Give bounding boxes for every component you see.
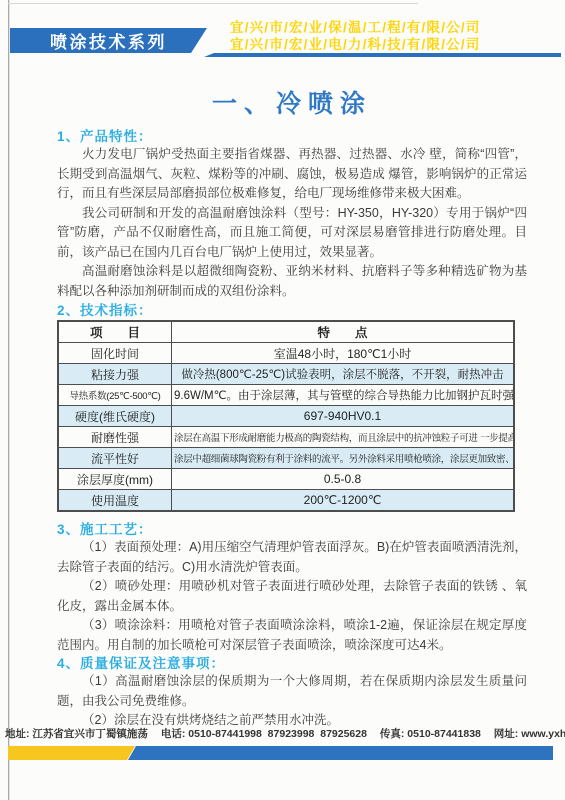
- footer-bar-yellow: [8, 746, 135, 760]
- spec-feature: 做冷热(800℃-25℃)试验表明，涂层不脱落，不开裂，耐热冲击: [172, 364, 515, 385]
- process-step-2: （2）喷砂处理：用喷砂机对管子表面进行喷砂处理，去除管子表面的铁锈 、氧化皮，露…: [57, 577, 527, 616]
- spec-feature: 室温48小时，180℃1小时: [172, 343, 515, 364]
- specs-table-row: 流平性好 涂层中超细菌球陶瓷粉有利于涂料的流平。另外涂料采用喷枪喷涂，涂层更加致…: [58, 448, 514, 469]
- contact-phone-value: 0510-87441998 87923998 87925628: [188, 728, 367, 740]
- contact-address-label: 地址:: [5, 728, 30, 740]
- contact-phone-label: 电话:: [161, 728, 186, 740]
- spec-item: 耐磨性强: [58, 427, 172, 448]
- contact-fax-label: 传真:: [380, 728, 405, 740]
- specs-table-row: 固化时间 室温48小时，180℃1小时: [58, 343, 514, 364]
- specs-table-row: 涂层厚度(mm) 0.5-0.8: [58, 469, 514, 490]
- specs-table-row: 硬度(维氏硬度) 697-940HV0.1: [58, 406, 514, 427]
- spec-item: 硬度(维氏硬度): [58, 406, 172, 427]
- section-heading-process: 3、施工工艺：: [57, 521, 527, 538]
- features-paragraph-2: 我公司研制和开发的高温耐磨蚀涂料（型号：HY-350，HY-320）专用于锅炉“…: [57, 204, 527, 263]
- company-names: 宜/兴/市/宏/业/保/温/工/程/有/限/公/司 宜/兴/市/宏/业/电/力/…: [230, 20, 562, 53]
- spec-feature: 涂层在高温下形成耐磨能力极高的陶瓷结构，而且涂层中的抗冲蚀粒子可进 一步提高涂层…: [172, 427, 515, 448]
- spec-item: 涂层厚度(mm): [58, 469, 172, 490]
- specs-table: 项 目 特 点 固化时间 室温48小时，180℃1小时 粘接力强 做冷热(800…: [57, 320, 515, 512]
- process-step-1: （1）表面预处理：A)用压缩空气清理炉管表面浮灰。B)在炉管表面喷洒清洗剂，去除…: [57, 538, 527, 577]
- spec-item: 固化时间: [58, 343, 172, 364]
- section-heading-quality: 4、质量保证及注意事项：: [57, 655, 527, 672]
- contact-address-value: 江苏省宜兴市丁蜀镇施荡: [32, 728, 148, 740]
- quality-note-1: （1）高温耐磨蚀涂层的保质期为一个大修周期，若在保质期内涂层发生质量问题，由我公…: [57, 672, 527, 711]
- contact-fax: 传真: 0510-87441838: [380, 726, 481, 741]
- specs-table-header-row: 项 目 特 点: [58, 321, 514, 343]
- specs-table-header-feature: 特 点: [172, 321, 515, 343]
- spec-feature: 200℃-1200℃: [172, 490, 515, 512]
- spec-item: 流平性好: [58, 448, 172, 469]
- specs-table-header-item: 项 目: [58, 321, 172, 343]
- contact-website-label: 网址:: [494, 728, 519, 740]
- specs-table-row: 粘接力强 做冷热(800℃-25℃)试验表明，涂层不脱落，不开裂，耐热冲击: [58, 364, 514, 385]
- specs-table-row: 导热系数(25℃-500℃) 9.6W/M℃。由于涂层薄，其与管壁的综合导热能力…: [58, 385, 514, 406]
- company-name-line1: 宜/兴/市/宏/业/保/温/工/程/有/限/公/司: [230, 20, 562, 37]
- spec-feature: 0.5-0.8: [172, 469, 515, 490]
- spec-item: 粘接力强: [58, 364, 172, 385]
- page-edge-top: [8, 3, 418, 4]
- process-step-3: （3）喷涂涂料：用喷枪对管子表面喷涂涂料，喷涂1-2遍，保证涂层在规定厚度范围内…: [57, 616, 527, 655]
- features-paragraph-1: 火力发电厂锅炉受热面主要指省煤器、再热器、过热器、水冷 壁，简称“四管”，长期受…: [57, 145, 527, 204]
- company-name-line2: 宜/兴/市/宏/业/电/力/科/技/有/限/公/司: [230, 37, 562, 54]
- footer-contact-line: 地址: 江苏省宜兴市丁蜀镇施荡 电话: 0510-87441998 879239…: [0, 726, 565, 741]
- spec-item: 导热系数(25℃-500℃): [58, 385, 172, 406]
- spec-feature: 涂层中超细菌球陶瓷粉有利于涂料的流平。另外涂料采用喷枪喷涂，涂层更加致密、光滑: [172, 448, 515, 469]
- series-banner: 喷涂技术系列: [10, 28, 207, 53]
- spec-feature: 697-940HV0.1: [172, 406, 515, 427]
- specs-table-row: 耐磨性强 涂层在高温下形成耐磨能力极高的陶瓷结构，而且涂层中的抗冲蚀粒子可进 一…: [58, 427, 514, 448]
- spec-item: 使用温度: [58, 490, 172, 512]
- features-paragraph-3: 高温耐磨蚀涂料是以超微细陶瓷粉、亚纳米材料、抗磨料子等多种精选矿物为基料配以各种…: [57, 262, 527, 301]
- contact-phone: 电话: 0510-87441998 87923998 87925628: [161, 726, 367, 741]
- specs-table-row: 使用温度 200℃-1200℃: [58, 490, 514, 512]
- contact-website: 网址: www.yxhybw.com: [494, 726, 565, 741]
- section-heading-features: 1、产品特性：: [57, 128, 527, 145]
- page-content: 一、冷喷涂 1、产品特性： 火力发电厂锅炉受热面主要指省煤器、再热器、过热器、水…: [0, 54, 565, 731]
- spec-feature: 9.6W/M℃。由于涂层薄，其与管壁的综合导热能力比加钢护瓦时强: [172, 385, 515, 406]
- document-page: 喷涂技术系列 宜/兴/市/宏/业/保/温/工/程/有/限/公/司 宜/兴/市/宏…: [0, 0, 565, 800]
- contact-fax-value: 0510-87441838: [407, 728, 481, 740]
- page-title: 一、冷喷涂: [57, 88, 527, 120]
- footer-bar-blue: [128, 746, 553, 760]
- contact-address: 地址: 江苏省宜兴市丁蜀镇施荡: [5, 726, 148, 741]
- section-heading-specs: 2、技术指标：: [57, 302, 527, 319]
- series-banner-label: 喷涂技术系列: [50, 28, 167, 54]
- contact-website-value: www.yxhybw.com: [521, 728, 565, 740]
